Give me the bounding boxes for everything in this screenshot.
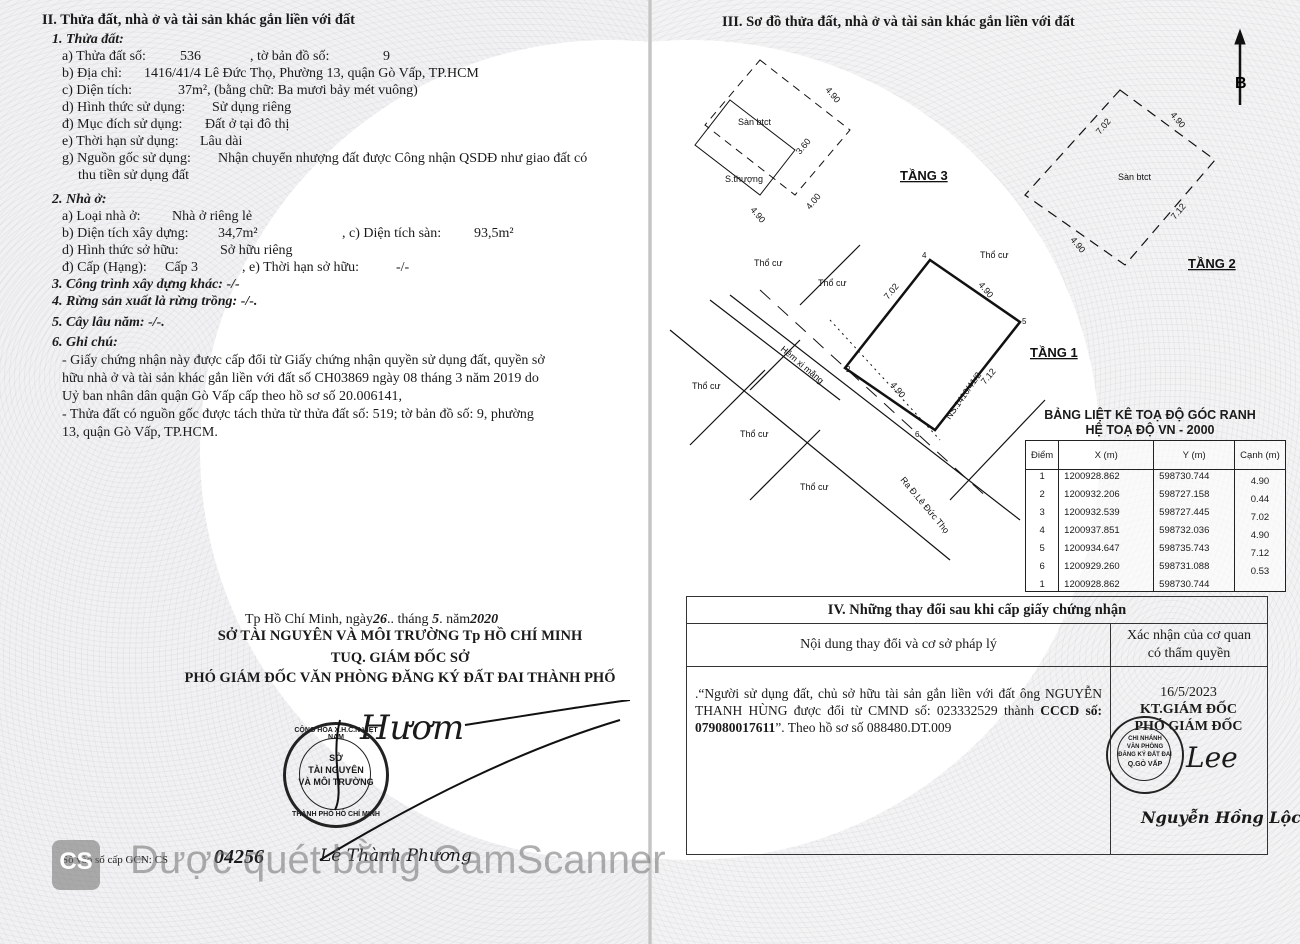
- svg-text:4.90: 4.90: [748, 205, 767, 225]
- coord-row: 21200932.206598727.1580.44: [1026, 488, 1286, 506]
- svg-text:7.02: 7.02: [1094, 116, 1113, 136]
- signing-date: Tp Hồ Chí Minh, ngày26.. tháng 5. năm202…: [245, 611, 498, 628]
- svg-text:4.90: 4.90: [888, 380, 907, 400]
- confirm-signature: Lee: [1186, 742, 1238, 774]
- svg-text:4.00: 4.00: [804, 191, 823, 211]
- north-label: B: [1235, 75, 1247, 92]
- coord-table-title: BẢNG LIỆT KÊ TOẠ ĐỘ GÓC RANH: [1020, 408, 1280, 423]
- svg-text:Thổ cư: Thổ cư: [980, 250, 1009, 260]
- address-label: b) Địa chỉ:: [62, 65, 122, 82]
- coordinate-table: Điểm X (m) Y (m) Cạnh (m) 11200928.86259…: [1025, 440, 1286, 592]
- note-line: - Giấy chứng nhận này được cấp đổi từ Gi…: [62, 352, 545, 369]
- origin-value-2: thu tiền sử dụng đất: [78, 167, 189, 184]
- camscanner-logo: CS: [52, 840, 100, 890]
- purpose-value: Đất ở tại đô thị: [205, 116, 289, 133]
- svg-text:Sàn btct: Sàn btct: [738, 117, 772, 127]
- notes-heading: 6. Ghi chú:: [52, 334, 118, 351]
- change-entry: .“Người sử dụng đất, chủ sở hữu tài sản …: [687, 667, 1110, 736]
- content-header: Nội dung thay đổi và cơ sở pháp lý: [687, 624, 1110, 667]
- signer-position: PHÓ GIÁM ĐỐC VĂN PHÒNG ĐĂNG KÝ ĐẤT ĐAI T…: [140, 670, 660, 687]
- svg-text:4.90: 4.90: [1168, 110, 1187, 130]
- use-form-value: Sử dụng riêng: [212, 99, 291, 116]
- svg-text:7.12: 7.12: [1169, 201, 1188, 221]
- svg-text:Sàn btct: Sàn btct: [1118, 172, 1152, 182]
- confirm-signer: Nguyễn Hồng Lộc: [1141, 809, 1300, 826]
- note-line: hữu nhà ở và tài sản khác gắn liền với đ…: [62, 370, 539, 387]
- parcel-number: 536: [180, 48, 201, 65]
- svg-text:2: 2: [846, 365, 851, 374]
- build-area-label: b) Diện tích xây dựng:: [62, 225, 189, 242]
- confirm-date: 16/5/2023: [1111, 684, 1266, 701]
- branch-seal: CHI NHÁNH VĂN PHÒNG ĐĂNG KÝ ĐẤT ĐAI Q.GÒ…: [1106, 716, 1184, 794]
- section-title: II. Thửa đất, nhà ở và tài sản khác gắn …: [42, 12, 355, 29]
- origin-label: g) Nguồn gốc sử dụng:: [62, 150, 191, 167]
- purpose-label: đ) Mục đích sử dụng:: [62, 116, 182, 133]
- svg-text:7.02: 7.02: [882, 281, 901, 301]
- svg-text:4: 4: [922, 251, 927, 260]
- svg-text:5: 5: [1022, 317, 1027, 326]
- grade-value: Cấp 3: [165, 259, 198, 276]
- confirm-header: Xác nhận của cơ quan có thẩm quyền: [1111, 624, 1267, 667]
- svg-text:Thổ cư: Thổ cư: [754, 258, 783, 268]
- svg-text:NS:1416/41/2: NS:1416/41/2: [943, 370, 983, 421]
- coord-row: 11200928.862598730.7444.90: [1026, 470, 1286, 489]
- map-sheet-number: 9: [383, 48, 390, 65]
- svg-text:Ra Đ.Lê Đức Thọ: Ra Đ.Lê Đức Thọ: [898, 475, 951, 535]
- build-area-value: 34,7m²: [218, 225, 258, 242]
- svg-text:3.60: 3.60: [794, 136, 813, 156]
- note-line: 13, quận Gò Vấp, TP.HCM.: [62, 424, 218, 441]
- floor-area-label: , c) Diện tích sàn:: [342, 225, 441, 242]
- changes-table: IV. Những thay đổi sau khi cấp giấy chứn…: [686, 596, 1268, 855]
- svg-text:S.thượng: S.thượng: [725, 174, 763, 184]
- changes-content-column: Nội dung thay đổi và cơ sở pháp lý .“Ngư…: [687, 624, 1111, 854]
- signing-year: 2020: [470, 612, 498, 627]
- note-line: - Thửa đất có nguồn gốc được tách thửa t…: [62, 406, 534, 423]
- coord-row: 31200932.539598727.4457.02: [1026, 506, 1286, 524]
- address-value: 1416/41/4 Lê Đức Thọ, Phường 13, quận Gò…: [144, 65, 479, 82]
- svg-text:Thổ cư: Thổ cư: [818, 278, 847, 288]
- svg-text:4.90: 4.90: [823, 85, 842, 105]
- svg-text:4.90: 4.90: [1068, 235, 1087, 255]
- origin-value-1: Nhận chuyển nhượng đất được Công nhận QS…: [218, 150, 587, 167]
- svg-text:Thổ cư: Thổ cư: [740, 429, 769, 439]
- svg-text:Hẻm xi măng: Hẻm xi măng: [779, 344, 826, 386]
- land-heading: 1. Thửa đất:: [52, 31, 124, 48]
- area-value: 37m², (bằng chữ: Ba mươi bảy mét vuông): [178, 82, 418, 99]
- own-term-value: -/-: [396, 259, 409, 276]
- ownership-value: Sở hữu riêng: [220, 242, 293, 259]
- area-label: c) Diện tích:: [62, 82, 132, 99]
- changes-confirm-column: Xác nhận của cơ quan có thẩm quyền 16/5/…: [1111, 624, 1267, 854]
- forest: 4. Rừng sản xuất là rừng trồng: -/-.: [52, 293, 257, 310]
- note-line: Uỷ ban nhân dân quận Gò Vấp cấp theo hồ …: [62, 388, 402, 405]
- house-type-value: Nhà ở riêng lẻ: [172, 208, 252, 225]
- term-label: e) Thời hạn sử dụng:: [62, 133, 179, 150]
- perennial-trees: 5. Cây lâu năm: -/-.: [52, 314, 165, 331]
- svg-text:Thổ cư: Thổ cư: [692, 381, 721, 391]
- use-form-label: d) Hình thức sử dụng:: [62, 99, 185, 116]
- on-behalf: TUQ. GIÁM ĐỐC SỞ: [150, 650, 650, 667]
- camscanner-watermark: Được quét bằng CamScanner: [130, 838, 666, 883]
- issuing-org: SỞ TÀI NGUYÊN VÀ MÔI TRƯỜNG Tp HỒ CHÍ MI…: [150, 628, 650, 645]
- house-type-label: a) Loại nhà ở:: [62, 208, 141, 225]
- coord-row: 61200929.260598731.0880.53: [1026, 560, 1286, 578]
- signing-day: 26: [373, 612, 387, 627]
- coord-row: 11200928.862598730.744: [1026, 578, 1286, 592]
- floor-area-value: 93,5m²: [474, 225, 514, 242]
- coord-row: 41200937.851598732.0364.90: [1026, 524, 1286, 542]
- house-heading: 2. Nhà ở:: [52, 191, 107, 208]
- coord-row: 51200934.647598735.7437.12: [1026, 542, 1286, 560]
- floor3-label: TẦNG 3: [900, 168, 948, 183]
- svg-text:6: 6: [915, 430, 920, 439]
- other-works: 3. Công trình xây dựng khác: -/-: [52, 276, 240, 293]
- confirm-on-behalf: KT.GIÁM ĐỐC: [1111, 701, 1266, 718]
- changes-title: IV. Những thay đổi sau khi cấp giấy chứn…: [687, 597, 1267, 624]
- floor2-label: TẦNG 2: [1188, 256, 1236, 271]
- svg-text:Thổ cư: Thổ cư: [800, 482, 829, 492]
- grade-label: đ) Cấp (Hạng):: [62, 259, 147, 276]
- ownership-label: d) Hình thức sở hữu:: [62, 242, 179, 259]
- coord-table-subtitle: HỆ TOẠ ĐỘ VN - 2000: [1020, 423, 1280, 438]
- map-sheet-label: , tờ bản đồ số:: [250, 48, 329, 65]
- svg-text:4.90: 4.90: [976, 280, 995, 300]
- parcel-label: a) Thửa đất số:: [62, 48, 146, 65]
- term-value: Lâu dài: [200, 133, 242, 150]
- signing-month: 5: [432, 612, 439, 627]
- floor1-label: TẦNG 1: [1030, 345, 1078, 360]
- own-term-label: , e) Thời hạn sở hữu:: [242, 259, 359, 276]
